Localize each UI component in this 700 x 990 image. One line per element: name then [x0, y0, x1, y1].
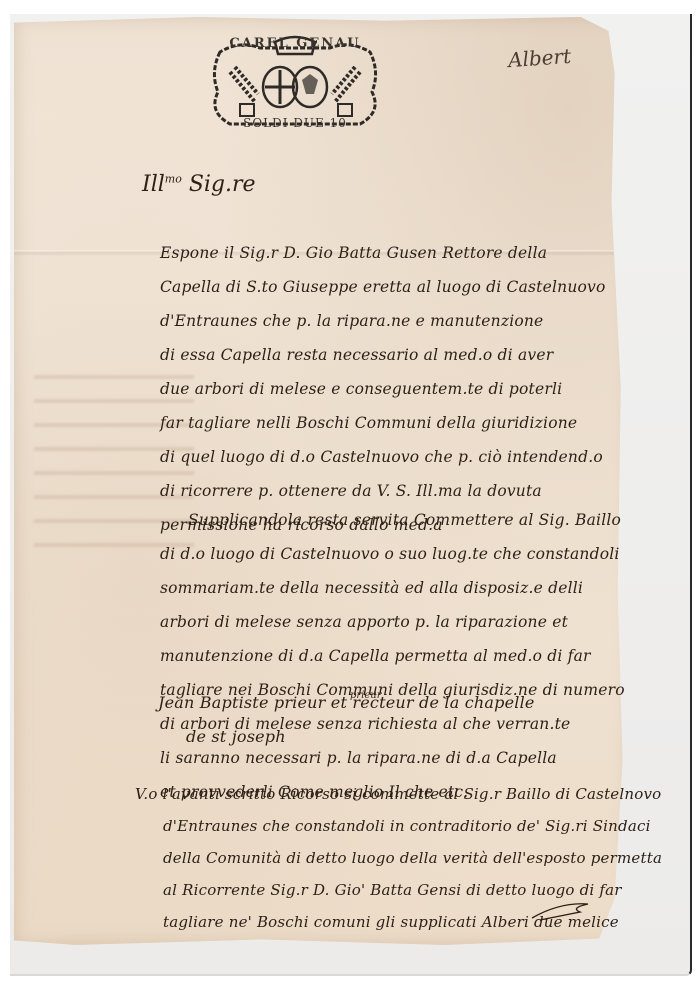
signature-block: Jean Baptiste prieur et recteur de la ch… [158, 686, 628, 754]
decree-line: d'Entraunes che constandoli in contradit… [135, 810, 635, 842]
supplication-paragraph: Supplicandola resta servita Commettere a… [160, 503, 630, 809]
supplication-line: sommariam.te della necessità ed alla dis… [160, 571, 630, 605]
petition-line: due arbori di melese e conseguentem.te d… [160, 372, 630, 406]
petition-line: d'Entraunes che p. la ripara.ne e manute… [160, 304, 630, 338]
petition-line: di quel luogo di d.o Castelnuovo che p. … [160, 440, 630, 474]
petition-line: Capella di S.to Giuseppe eretta al luogo… [160, 270, 630, 304]
petition-paragraph: Espone il Sig.r D. Gio Batta Gusen Retto… [160, 236, 630, 542]
supplication-line: arbori di melese senza apporto p. la rip… [160, 605, 630, 639]
coat-of-arms-stamp-icon: CAREL GENAU SOLDI DUE 10 [200, 32, 390, 136]
signature-line: Jean Baptiste prieur et recteur de la ch… [158, 686, 628, 720]
stamp-top-text: CAREL GENAU [200, 36, 390, 51]
supplication-line: Supplicandola resta servita Commettere a… [160, 503, 630, 537]
supplication-line: di d.o luogo di Castelnuovo o suo luog.t… [160, 537, 630, 571]
salutation-rest: Sig.re [182, 172, 256, 197]
supplication-line: manutenzione di d.a Capella permetta al … [160, 639, 630, 673]
signature-line: de st joseph [158, 720, 628, 754]
salutation: Illmo Sig.re [142, 172, 256, 197]
petition-line: Espone il Sig.r D. Gio Batta Gusen Retto… [160, 236, 630, 270]
petition-line: di essa Capella resta necessario al med.… [160, 338, 630, 372]
salutation-main: Ill [142, 172, 165, 197]
decree-line: della Comunità di detto luogo della veri… [135, 842, 635, 874]
marginal-note: Albert [507, 44, 572, 72]
salutation-superscript: mo [165, 173, 182, 186]
stamp-bottom-text: SOLDI DUE 10 [200, 116, 390, 130]
paraph-flourish-icon [530, 898, 600, 922]
petition-line: far tagliare nelli Boschi Communi della … [160, 406, 630, 440]
decree-line: V.o l'avanti scritto Ricorso si commette… [135, 778, 635, 810]
